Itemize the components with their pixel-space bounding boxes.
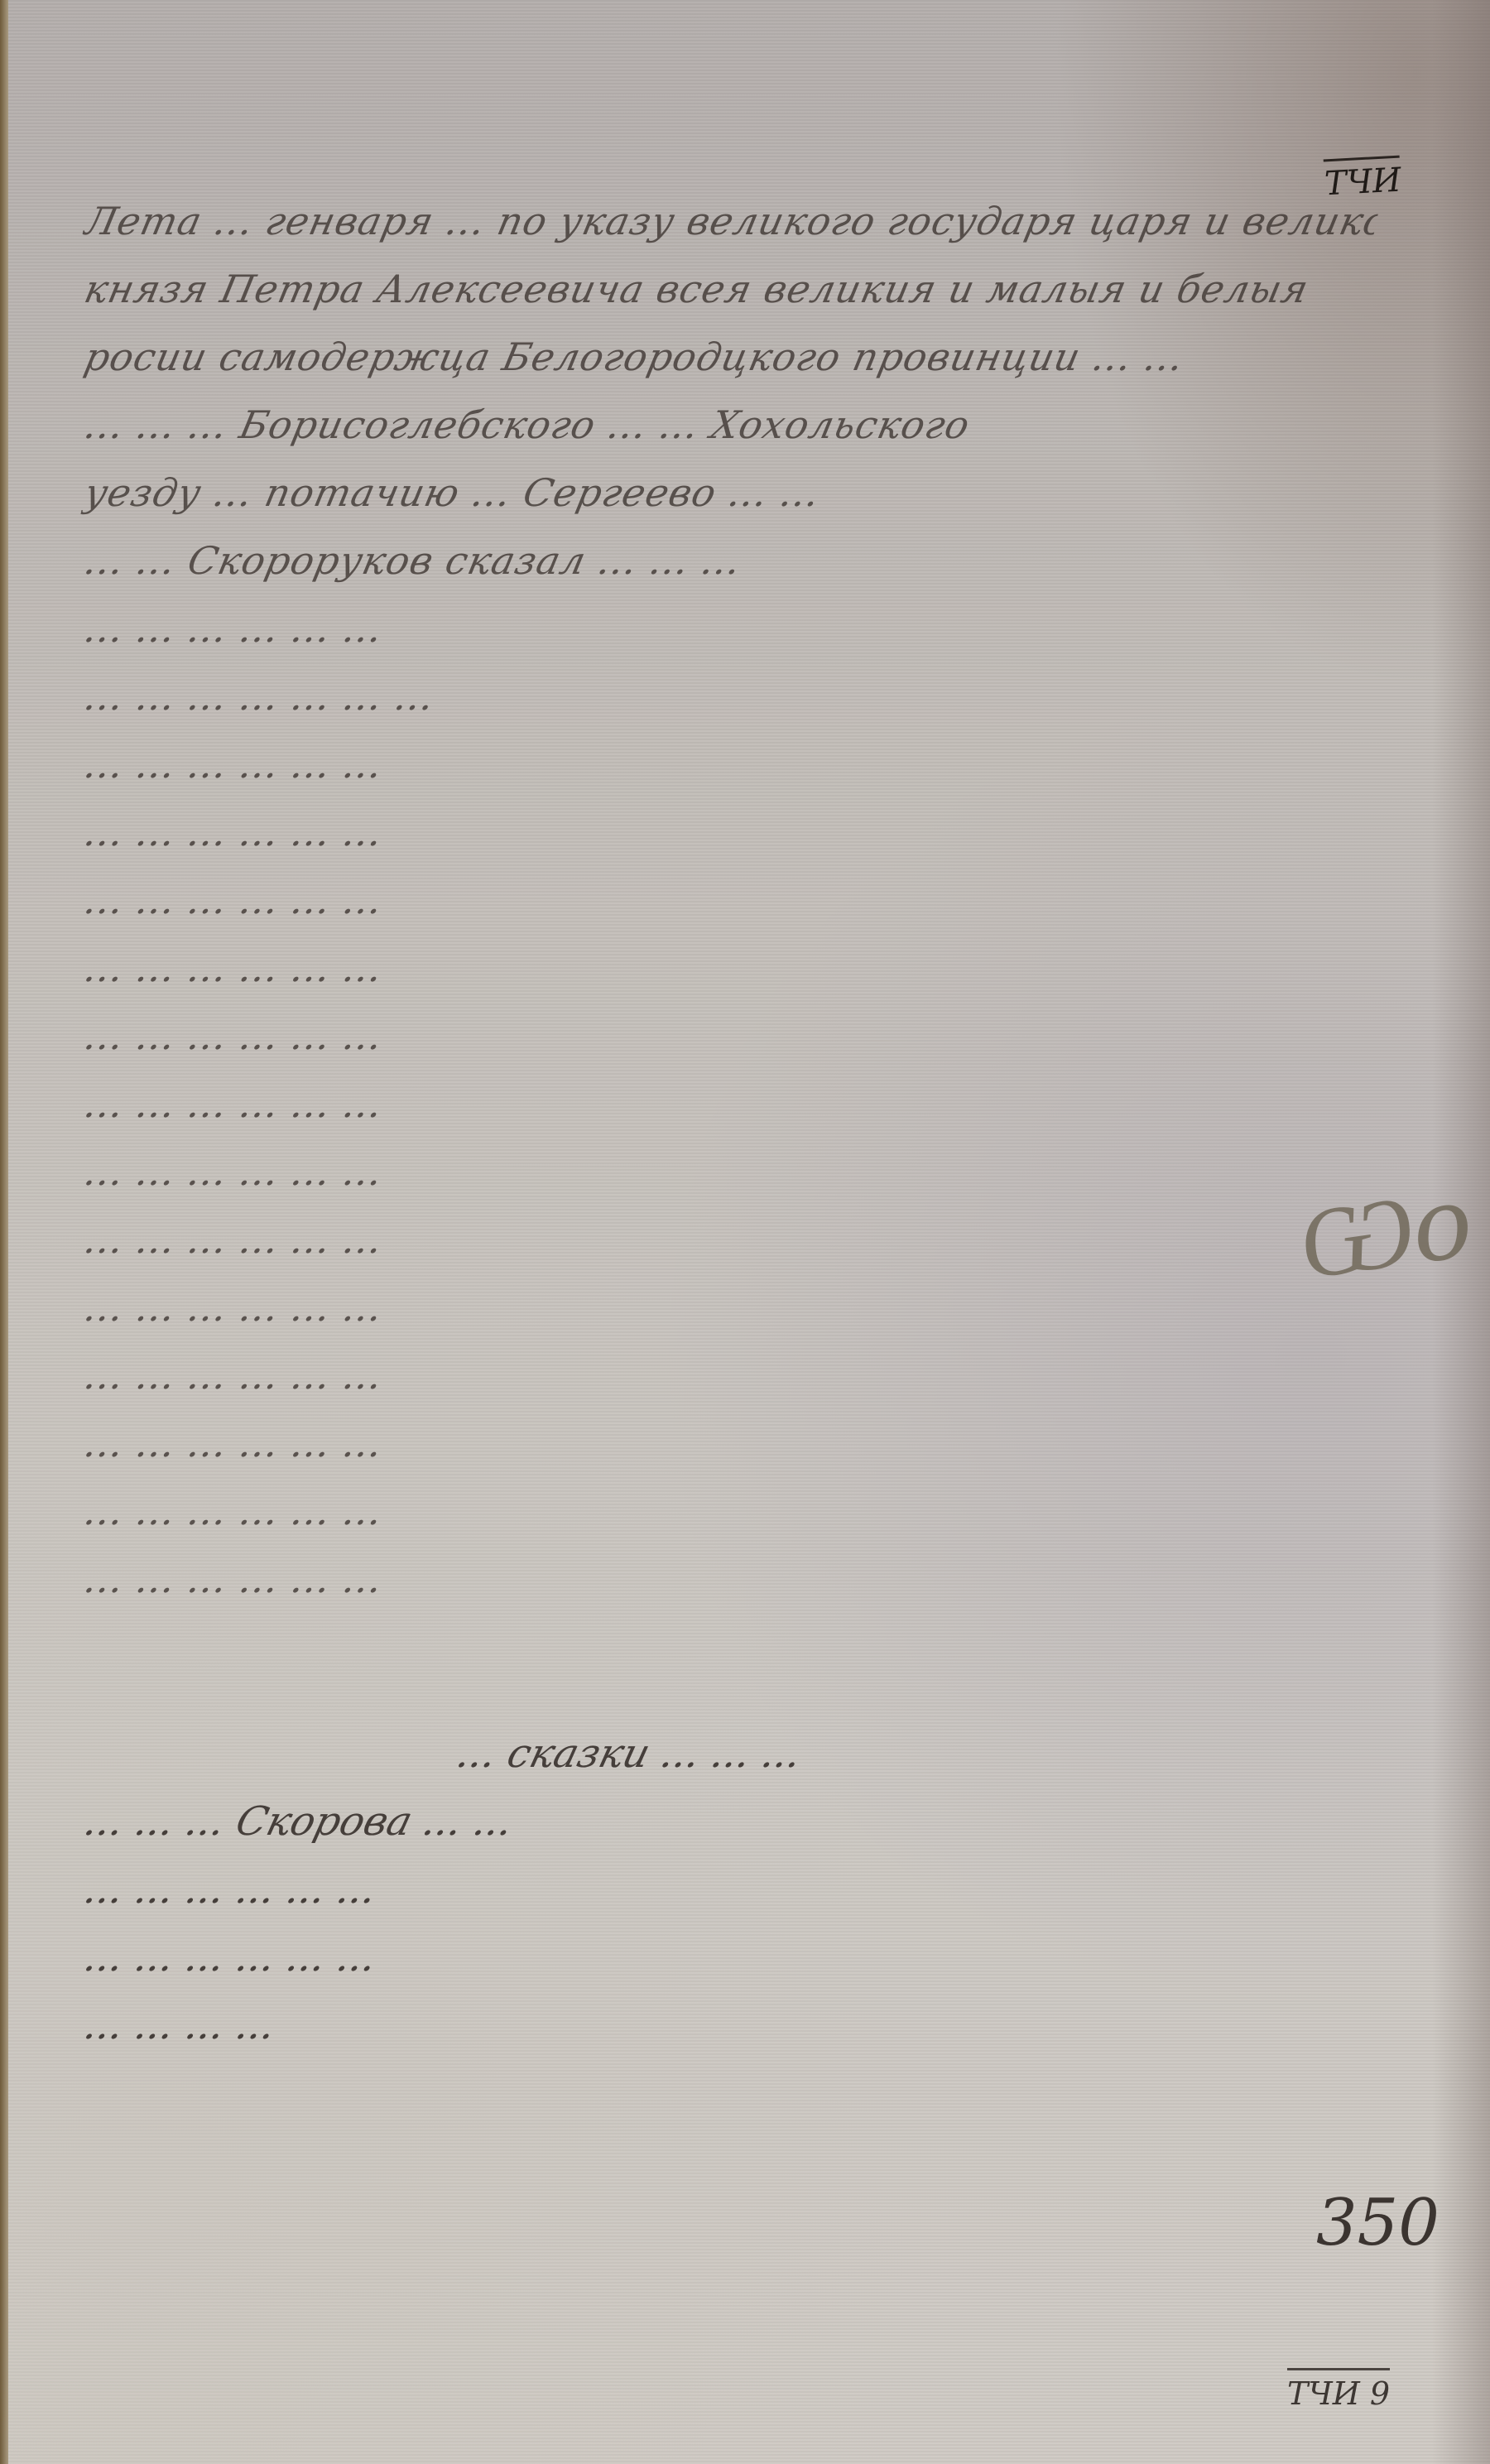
text-line: ... ... ... ... ... ... — [75, 1149, 1381, 1217]
text-line: князя Петра Алексеевича всея великия и м… — [75, 267, 1381, 334]
text-line: ... ... ... ... ... ... — [75, 742, 1381, 810]
text-line: Лета ... генваря ... по указу великого г… — [75, 199, 1381, 267]
signature-line: ... ... ... Скорова ... ... — [74, 1798, 1382, 1866]
text-line: ... ... ... ... ... ... — [75, 1353, 1381, 1421]
signature-line: ... сказки ... ... ... — [74, 1730, 1382, 1798]
text-line: ... ... ... ... ... ... — [75, 878, 1381, 946]
text-line: ... ... ... ... ... ... — [75, 1081, 1381, 1149]
text-line: ... ... ... ... ... ... — [75, 1217, 1381, 1285]
signature-block: ... сказки ... ... ... ... ... ... Скоро… — [83, 1730, 1374, 2070]
text-line: росии самодержца Белогородцкого провинци… — [75, 334, 1381, 402]
text-line: ... ... ... ... ... ... — [75, 810, 1381, 878]
text-line: ... ... ... ... ... ... ... — [75, 674, 1381, 742]
folio-mark-bottom: ТЧИ 9 — [1287, 2368, 1390, 2412]
text-line: ... ... ... ... ... ... — [75, 1013, 1381, 1081]
text-line: ... ... ... ... ... ... — [75, 606, 1381, 674]
text-line: ... ... Скороруков сказал ... ... ... — [75, 538, 1381, 606]
text-line: ... ... ... ... ... ... — [75, 946, 1381, 1013]
text-line: уезду ... потачию ... Сергеево ... ... — [75, 470, 1381, 538]
text-line: ... ... ... ... ... ... — [75, 1285, 1381, 1353]
text-line: ... ... ... ... ... ... — [75, 1557, 1381, 1624]
text-line: ... ... ... Борисоглебского ... ... Хохо… — [75, 402, 1381, 470]
signature-line: ... ... ... ... — [74, 2002, 1382, 2070]
manuscript-body: Лета ... генваря ... по указу великого г… — [83, 199, 1374, 1624]
signature-line: ... ... ... ... ... ... — [74, 1866, 1382, 1934]
manuscript-page: ТЧИ Ѡо Лета ... генваря ... по указу вел… — [0, 0, 1490, 2464]
text-line: ... ... ... ... ... ... — [75, 1421, 1381, 1489]
paper-left-edge — [0, 0, 8, 2464]
folio-number: 350 — [1316, 2186, 1440, 2260]
folio-mark-top: ТЧИ — [1324, 156, 1402, 204]
signature-line: ... ... ... ... ... ... — [74, 1934, 1382, 2002]
text-line: ... ... ... ... ... ... — [75, 1489, 1381, 1557]
